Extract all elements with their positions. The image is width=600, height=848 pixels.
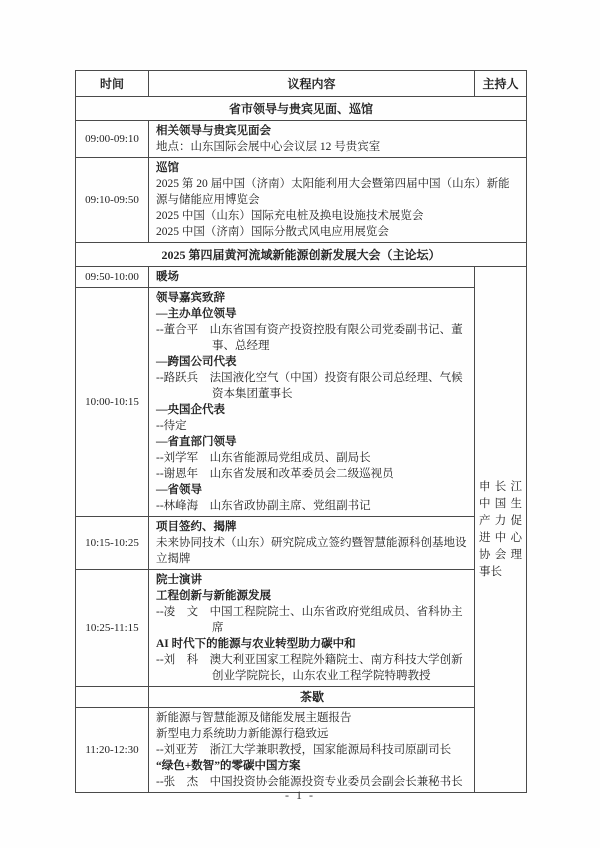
- content-line: 未来协同技术（山东）研究院成立签约暨智慧能源科创基地设立揭牌: [156, 535, 468, 567]
- agenda-row-tour: 09:10-09:50 巡馆 2025 第 20 届中国（济南）太阳能利用大会暨…: [76, 158, 527, 243]
- time-cell: 09:10-09:50: [76, 158, 149, 243]
- header-time: 时间: [76, 71, 149, 97]
- content-cell: 暖场: [149, 267, 475, 288]
- agenda-row-warmup: 09:50-10:00 暖场 申长江中国生产力促进中心协会理事长: [76, 267, 527, 288]
- agenda-row-report: 11:20-12:30 新能源与智慧能源及储能发展主题报告 新型电力系统助力新能…: [76, 708, 527, 793]
- content-line: 暖场: [156, 269, 468, 285]
- content-line: 新能源与智慧能源及储能发展主题报告: [156, 710, 468, 726]
- agenda-row-opening: 10:00-10:15 领导嘉宾致辞 —主办单位领导 --董合平 山东省国有资产…: [76, 288, 527, 517]
- content-line: 项目签约、揭牌: [156, 519, 468, 535]
- content-line: 院士演讲: [156, 572, 468, 588]
- content-line: —主办单位领导: [156, 306, 468, 322]
- content-cell: 院士演讲 工程创新与新能源发展 --凌 文 中国工程院院士、山东省政府党组成员、…: [149, 570, 475, 687]
- content-line: —跨国公司代表: [156, 354, 468, 370]
- content-line: 工程创新与新能源发展: [156, 588, 468, 604]
- content-line: “绿色+数智”的零碳中国方案: [156, 758, 468, 774]
- time-cell: 09:00-09:10: [76, 121, 149, 158]
- content-line: —省领导: [156, 482, 468, 498]
- content-line: --路跃兵 法国液化空气（中国）投资有限公司总经理、气候资本集团董事长: [156, 370, 468, 402]
- content-line: --待定: [156, 418, 468, 434]
- content-line: 2025 中国（济南）国际分散式风电应用展览会: [156, 224, 520, 240]
- content-cell: 巡馆 2025 第 20 届中国（济南）太阳能利用大会暨第四届中国（山东）新能源…: [149, 158, 527, 243]
- content-line: --谢恩年 山东省发展和改革委员会二级巡视员: [156, 466, 468, 482]
- content-line: 地点：山东国际会展中心会议层 12 号贵宾室: [156, 139, 520, 155]
- page-number: - 1 -: [0, 788, 600, 803]
- table-header-row: 时间 议程内容 主持人: [76, 71, 527, 97]
- header-host: 主持人: [475, 71, 527, 97]
- content-line: AI 时代下的能源与农业转型助力碳中和: [156, 636, 468, 652]
- section-row-meeting-tour: 省市领导与贵宾见面、巡馆: [76, 97, 527, 121]
- time-cell: 10:15-10:25: [76, 517, 149, 570]
- content-line: —央国企代表: [156, 402, 468, 418]
- section-title: 省市领导与贵宾见面、巡馆: [76, 97, 527, 121]
- host-name: 申长江: [479, 481, 522, 493]
- content-line: --刘亚芳 浙江大学兼职教授，国家能源局科技司原副司长: [156, 742, 468, 758]
- tea-break-row: 茶歇: [76, 687, 527, 708]
- content-line: 巡馆: [156, 160, 520, 176]
- content-line: --董合平 山东省国有资产投资控股有限公司党委副书记、董事、总经理: [156, 322, 468, 354]
- agenda-table: 时间 议程内容 主持人 省市领导与贵宾见面、巡馆 09:00-09:10 相关领…: [75, 70, 527, 793]
- time-cell: 11:20-12:30: [76, 708, 149, 793]
- host-title: 中国生产力促进中心协会理事长: [479, 498, 522, 578]
- time-cell: 10:25-11:15: [76, 570, 149, 687]
- content-line: --林峰海 山东省政协副主席、党组副书记: [156, 498, 468, 514]
- content-line: 相关领导与贵宾见面会: [156, 123, 520, 139]
- time-cell: 10:00-10:15: [76, 288, 149, 517]
- tea-break-cell: 茶歇: [149, 687, 475, 708]
- agenda-row-speeches: 10:25-11:15 院士演讲 工程创新与新能源发展 --凌 文 中国工程院院…: [76, 570, 527, 687]
- content-line: --凌 文 中国工程院院士、山东省政府党组成员、省科协主席: [156, 604, 468, 636]
- content-line: --刘 科 澳大利亚国家工程院外籍院士、南方科技大学创新创业学院院长，山东农业工…: [156, 652, 468, 684]
- content-line: 新型电力系统助力新能源行稳致远: [156, 726, 468, 742]
- content-cell: 项目签约、揭牌 未来协同技术（山东）研究院成立签约暨智慧能源科创基地设立揭牌: [149, 517, 475, 570]
- time-cell-empty: [76, 687, 149, 708]
- section-title: 2025 第四届黄河流域新能源创新发展大会（主论坛）: [76, 243, 527, 267]
- document-page: 时间 议程内容 主持人 省市领导与贵宾见面、巡馆 09:00-09:10 相关领…: [0, 0, 600, 848]
- content-line: --刘学军 山东省能源局党组成员、副局长: [156, 450, 468, 466]
- section-row-main-forum: 2025 第四届黄河流域新能源创新发展大会（主论坛）: [76, 243, 527, 267]
- agenda-row-signing: 10:15-10:25 项目签约、揭牌 未来协同技术（山东）研究院成立签约暨智慧…: [76, 517, 527, 570]
- content-cell: 新能源与智慧能源及储能发展主题报告 新型电力系统助力新能源行稳致远 --刘亚芳 …: [149, 708, 475, 793]
- content-line: 2025 第 20 届中国（济南）太阳能利用大会暨第四届中国（山东）新能源与储能…: [156, 176, 520, 208]
- content-line: 领导嘉宾致辞: [156, 290, 468, 306]
- time-cell: 09:50-10:00: [76, 267, 149, 288]
- content-cell: 领导嘉宾致辞 —主办单位领导 --董合平 山东省国有资产投资控股有限公司党委副书…: [149, 288, 475, 517]
- content-line: 2025 中国（山东）国际充电桩及换电设施技术展览会: [156, 208, 520, 224]
- content-cell: 相关领导与贵宾见面会 地点：山东国际会展中心会议层 12 号贵宾室: [149, 121, 527, 158]
- agenda-row-meet: 09:00-09:10 相关领导与贵宾见面会 地点：山东国际会展中心会议层 12…: [76, 121, 527, 158]
- content-line: —省直部门领导: [156, 434, 468, 450]
- host-cell: 申长江中国生产力促进中心协会理事长: [475, 267, 527, 793]
- header-content: 议程内容: [149, 71, 475, 97]
